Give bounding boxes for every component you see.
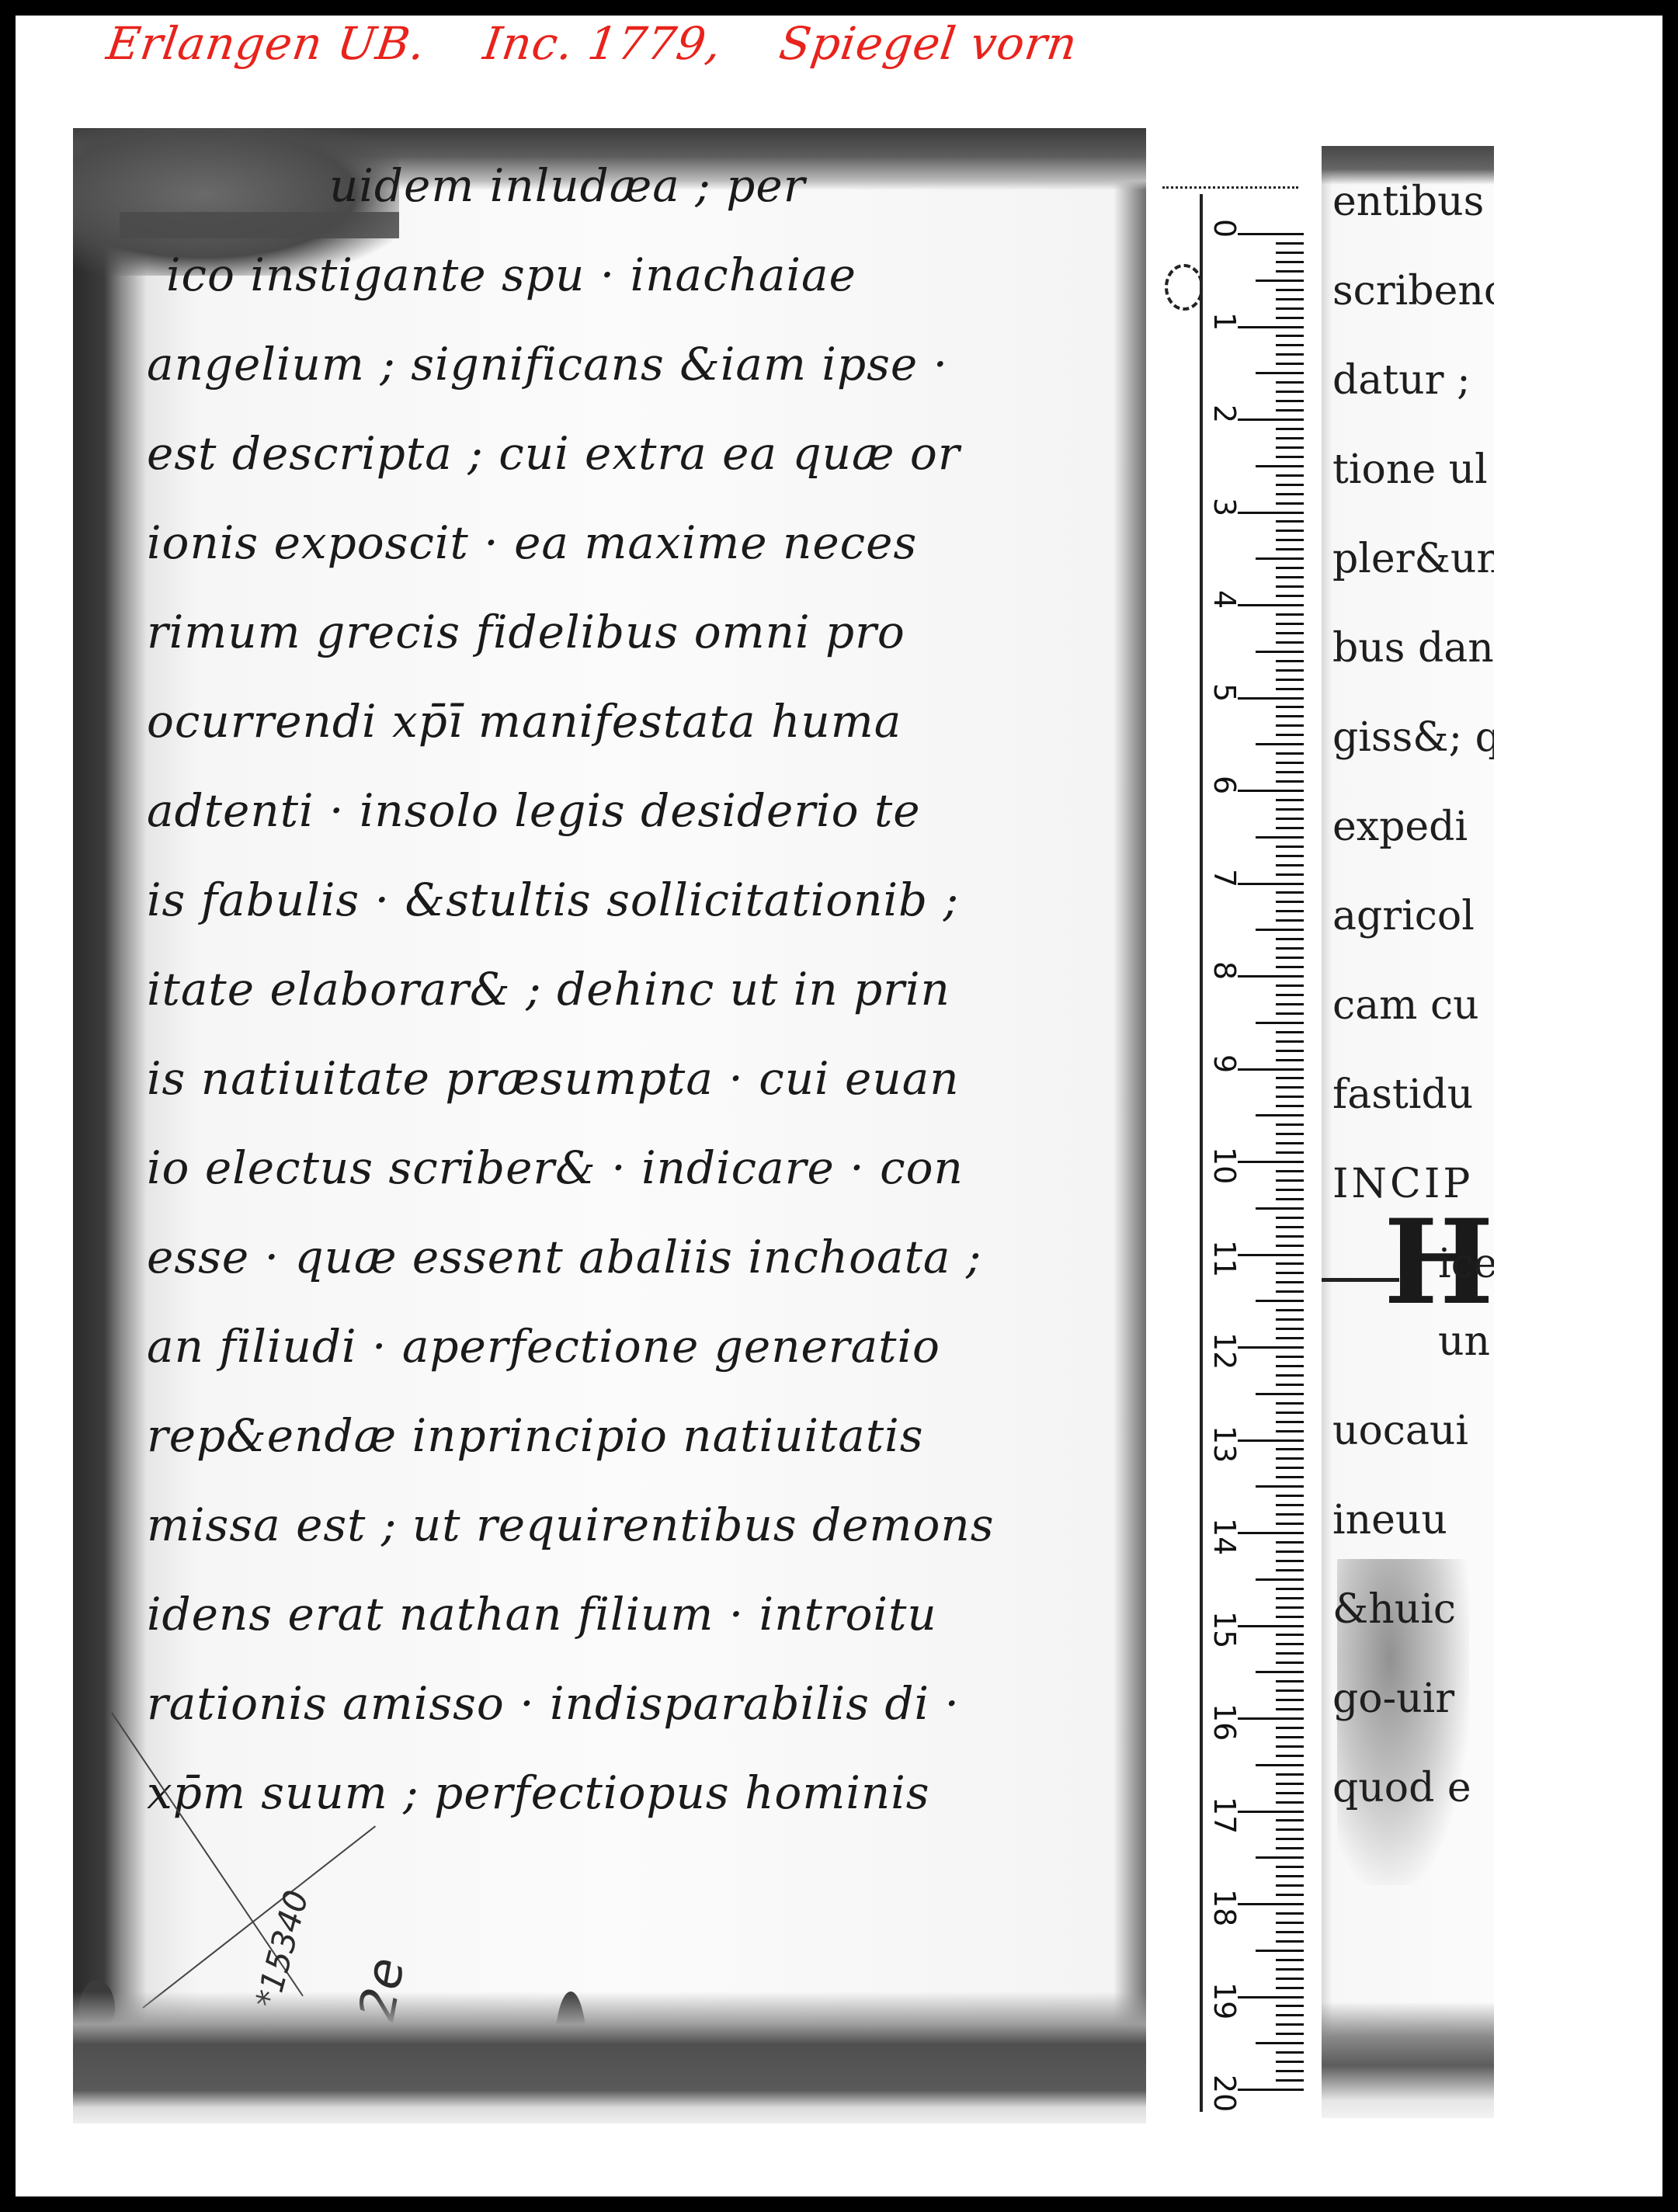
ruler-tick (1276, 1421, 1304, 1423)
ruler-tick (1276, 771, 1304, 773)
ruler-tick (1276, 1402, 1304, 1405)
fragment-line: uocaui (1332, 1408, 1468, 1454)
ruler-tick (1238, 512, 1304, 514)
ruler-tick (1276, 1597, 1304, 1599)
ruler-tick (1276, 1105, 1304, 1107)
fragment-line: pler&un (1332, 536, 1494, 582)
ruler-tick (1276, 1476, 1304, 1478)
ruler-tick (1276, 1689, 1304, 1692)
ruler-tick (1276, 1040, 1304, 1043)
ruler-tick (1276, 1550, 1304, 1553)
ruler-tick (1276, 1123, 1304, 1126)
ruler-tick (1276, 1959, 1304, 1961)
ruler-tick (1276, 1086, 1304, 1089)
ruler-label: 3 (1207, 498, 1242, 537)
ruler-label: 12 (1207, 1332, 1242, 1371)
ruler-tick (1276, 1309, 1304, 1311)
ruler-tick (1276, 1541, 1304, 1544)
ruler-tick (1276, 576, 1304, 578)
ruler-tick (1276, 1847, 1304, 1849)
ruler-tick (1256, 280, 1304, 282)
ruler-label: 5 (1207, 683, 1242, 722)
fragment-line: go-uir (1332, 1675, 1454, 1722)
ruler-label: 7 (1207, 869, 1242, 908)
ruler-tick (1276, 1133, 1304, 1135)
fragment-line: quod e (1332, 1765, 1471, 1811)
ruler-tick (1276, 994, 1304, 996)
ruler-tick (1276, 947, 1304, 950)
ruler-tick (1276, 446, 1304, 449)
ruler-tick (1276, 808, 1304, 811)
ruler-tick (1276, 456, 1304, 458)
ruler-tick (1256, 743, 1304, 745)
manuscript-line: uidem inludæa ; per (329, 159, 805, 212)
annotation-shelfmark: Inc. 1779, (480, 17, 724, 70)
ruler-tick (1276, 1226, 1304, 1228)
ruler-tick (1276, 2051, 1304, 2054)
ruler-tick (1276, 846, 1304, 848)
ruler-tick (1276, 1912, 1304, 1915)
ruler-tick (1238, 2089, 1304, 2091)
ruler-tick (1238, 790, 1304, 792)
ruler-tick (1276, 298, 1304, 300)
ruler-tick (1276, 1012, 1304, 1015)
ruler-tick (1276, 2023, 1304, 2026)
ruler-tick (1276, 1328, 1304, 1330)
ruler-tick (1256, 372, 1304, 374)
ruler-tick (1276, 1412, 1304, 1414)
ruler-tick (1276, 242, 1304, 245)
ruler-tick (1276, 502, 1304, 505)
ruler-tick (1276, 567, 1304, 569)
ruler-tick (1276, 400, 1304, 402)
ruler-tick (1276, 623, 1304, 625)
fragment-line: entibus (1332, 179, 1484, 225)
ruler-tick (1276, 1978, 1304, 1980)
ruler-tick (1238, 1717, 1304, 1720)
ruler-tick (1276, 780, 1304, 783)
ruler-tick (1276, 938, 1304, 940)
ruler-tick (1276, 1931, 1304, 1933)
ruler-tick (1256, 1856, 1304, 1859)
ruler-label: 1 (1207, 312, 1242, 351)
ruler-tick (1276, 1189, 1304, 1191)
ruler-tick (1276, 957, 1304, 959)
ruler-tick (1276, 799, 1304, 801)
ruler-tick (1276, 2079, 1304, 2082)
manuscript-line: est descripta ; cui extra ea quæ or (147, 427, 961, 480)
ruler-tick (1276, 289, 1304, 291)
ruler-tick (1256, 1671, 1304, 1673)
ruler-tick (1256, 651, 1304, 653)
fragment-line: agricol (1332, 893, 1475, 939)
ruler-tick (1276, 1894, 1304, 1896)
fragment-line: un (1438, 1318, 1490, 1365)
ruler-tick (1276, 1448, 1304, 1450)
ruler-tick (1276, 706, 1304, 708)
ruler-tick (1276, 1652, 1304, 1655)
ruler-label: 18 (1207, 1889, 1242, 1928)
ruler-tick (1238, 1996, 1304, 1998)
ruler-tick (1276, 891, 1304, 894)
ruler-tick (1276, 353, 1304, 356)
ruler-tick (1238, 1161, 1304, 1163)
ruler-tick (1276, 1272, 1304, 1274)
ruler-tick (1276, 1495, 1304, 1497)
ruler-tick (1276, 484, 1304, 486)
ruler-tick (1276, 1050, 1304, 1052)
ruler-tick (1276, 335, 1304, 337)
manuscript-line: rationis amisso · indisparabilis di · (147, 1677, 960, 1730)
ruler-tick (1276, 2005, 1304, 2007)
ruler-tick (1276, 1708, 1304, 1710)
ruler-tick (1276, 1179, 1304, 1182)
ruler-tick (1238, 1625, 1304, 1627)
manuscript-line: rimum grecis fidelibus omni pro (147, 606, 905, 658)
ruler-tick (1256, 1485, 1304, 1488)
ruler-tick (1276, 1523, 1304, 1525)
ruler-tick (1276, 539, 1304, 541)
ruler-tick (1276, 1866, 1304, 1868)
ruler-tick (1276, 261, 1304, 263)
ruler-tick (1256, 1114, 1304, 1116)
ruler-tick (1276, 1374, 1304, 1377)
ruler-tick (1238, 418, 1304, 421)
ruler-hole-marking (1165, 264, 1204, 311)
ruler-tick (1276, 1365, 1304, 1367)
ruler-tick (1276, 381, 1304, 384)
fragment-line: ice (1438, 1241, 1494, 1287)
ruler-tick (1276, 1467, 1304, 1469)
ruler-tick (1256, 557, 1304, 560)
ruler-tick (1238, 604, 1304, 606)
ruler-tick (1276, 474, 1304, 477)
ruler-label: 11 (1207, 1240, 1242, 1279)
ruler-tick (1238, 1811, 1304, 1813)
ruler-tick (1256, 1207, 1304, 1210)
ruler-tick (1276, 1616, 1304, 1618)
ruler-tick (1276, 1569, 1304, 1571)
ruler-tick (1276, 679, 1304, 681)
page-corner-strap (120, 212, 399, 238)
ruler-tick (1276, 1217, 1304, 1219)
ruler-tick (1238, 1254, 1304, 1256)
ruler-tick (1276, 1783, 1304, 1785)
ruler-tick (1276, 1262, 1304, 1265)
ruler-tick (1276, 344, 1304, 346)
ruler-label: 19 (1207, 1982, 1242, 2021)
manuscript-line: ico instigante spu · inachaiae (166, 248, 856, 301)
ruler-tick (1276, 307, 1304, 310)
ruler-tick (1276, 252, 1304, 254)
ruler-tick (1256, 1578, 1304, 1581)
ruler-tick (1276, 1680, 1304, 1682)
ruler-tick (1276, 818, 1304, 820)
ruler-tick (1276, 1606, 1304, 1609)
manuscript-line: missa est ; ut requirentibus demons (147, 1498, 995, 1551)
ruler-tick (1276, 1003, 1304, 1005)
ruler-tick (1276, 1987, 1304, 1989)
ruler-tick (1276, 270, 1304, 273)
ruler-tick (1238, 883, 1304, 885)
ruler-tick (1238, 233, 1304, 235)
ruler-tick (1276, 762, 1304, 764)
ruler-tick (1276, 1801, 1304, 1804)
ruler-tick (1276, 1745, 1304, 1748)
measuring-ruler: 01234567891011121314151617181920 (1200, 194, 1304, 2112)
ruler-tick (1276, 2033, 1304, 2035)
ruler-tick (1276, 669, 1304, 672)
ruler-tick (1276, 409, 1304, 411)
ruler-tick (1276, 827, 1304, 829)
ruler-tick (1238, 1346, 1304, 1349)
annotation-location: Spiegel vorn (776, 17, 1082, 70)
ruler-tick (1276, 1337, 1304, 1339)
ruler-tick (1276, 1318, 1304, 1321)
ruler-tick (1276, 641, 1304, 644)
fragment-line: cam cu (1332, 982, 1479, 1029)
ruler-tick (1276, 585, 1304, 588)
ruler-label: 20 (1207, 2075, 1242, 2113)
ruler-tick (1256, 1764, 1304, 1766)
fragment-line: scribenc (1332, 268, 1494, 314)
ruler-tick (1276, 1356, 1304, 1358)
ruler-tick (1276, 1968, 1304, 1971)
fragment-line: expedi (1332, 804, 1468, 850)
ruler-label: 14 (1207, 1518, 1242, 1557)
ruler-tick (1276, 493, 1304, 495)
ruler-tick (1276, 1059, 1304, 1061)
ruler-tick (1276, 901, 1304, 903)
ruler-tick (1276, 1170, 1304, 1172)
ruler-label: 13 (1207, 1425, 1242, 1464)
ruler-tick (1276, 688, 1304, 690)
ruler-tick (1276, 1151, 1304, 1154)
ruler-tick (1276, 437, 1304, 439)
ruler-tick (1256, 2042, 1304, 2044)
ruler-tick (1276, 984, 1304, 987)
ruler-tick (1276, 1643, 1304, 1645)
ruler-tick (1256, 929, 1304, 931)
ruler-tick (1238, 1439, 1304, 1442)
ruler-tick (1276, 1235, 1304, 1238)
ruler-tick (1238, 1903, 1304, 1905)
ruler-tick (1276, 1588, 1304, 1590)
ruler-tick (1276, 520, 1304, 523)
ruler-tick (1276, 1281, 1304, 1283)
fragment-line: fastidu (1332, 1071, 1473, 1118)
ruler-tick (1276, 734, 1304, 736)
ruler-tick (1276, 428, 1304, 430)
ruler-tick (1276, 391, 1304, 393)
manuscript-line: an filiudi · aperfectione generatio (147, 1320, 940, 1373)
ruler-tick (1276, 1384, 1304, 1386)
ruler-tick (1276, 1560, 1304, 1562)
ruler-tick (1256, 1950, 1304, 1952)
ruler-label: 6 (1207, 776, 1242, 814)
ruler-tick (1276, 1727, 1304, 1729)
ruler-tick (1276, 2061, 1304, 2063)
ruler-tick (1256, 1300, 1304, 1302)
ruler-tick (1276, 910, 1304, 912)
ruler-tick (1276, 864, 1304, 866)
manuscript-line: ocurrendi xp̄ī manifestata huma (147, 695, 902, 748)
ruler-tick (1276, 530, 1304, 532)
ruler-tick (1276, 919, 1304, 922)
initial-crossbar (1322, 1278, 1399, 1282)
fragment-line: tione ul (1332, 446, 1488, 493)
ruler-label: 9 (1207, 1054, 1242, 1093)
manuscript-page-right-fragment: entibus scribenc datur ; tione ul pler&u… (1322, 146, 1494, 2118)
manuscript-line: adtenti · insolo legis desiderio te (147, 784, 921, 837)
ruler-tick (1276, 855, 1304, 857)
ruler-tick (1276, 752, 1304, 755)
ruler-tick (1276, 873, 1304, 876)
ruler-tick (1276, 363, 1304, 365)
manuscript-page-left: uidem inludæa ; per ico instigante spu ·… (73, 128, 1146, 2123)
ruler-tick (1276, 1792, 1304, 1794)
ruler-tick (1256, 1022, 1304, 1024)
ruler-tick (1276, 548, 1304, 550)
ruler-tick (1238, 697, 1304, 700)
handwritten-red-annotation: Erlangen UB. Inc. 1779, Spiegel vorn (103, 17, 1124, 70)
ruler-label: 4 (1207, 590, 1242, 629)
ruler-tick (1276, 1736, 1304, 1738)
ruler-tick (1276, 2070, 1304, 2072)
ruler-label: 2 (1207, 405, 1242, 443)
ruler-tick (1276, 613, 1304, 616)
ruler-top-edge (1162, 186, 1298, 193)
fragment-line: giss&; q (1332, 714, 1494, 761)
fragment-line: ineuu (1332, 1497, 1447, 1544)
ruler-tick (1256, 465, 1304, 467)
ruler-tick (1276, 595, 1304, 597)
ruler-tick (1276, 1142, 1304, 1144)
ruler-tick (1276, 1755, 1304, 1757)
fragment-line: datur ; (1332, 357, 1471, 404)
ruler-tick (1256, 1393, 1304, 1395)
ruler-tick (1276, 1504, 1304, 1506)
ruler-tick (1238, 1068, 1304, 1071)
manuscript-line: is natiuitate præsumpta · cui euan (147, 1052, 960, 1105)
ruler-label: 16 (1207, 1703, 1242, 1742)
manuscript-line: angelium ; significans &iam ipse · (147, 338, 948, 391)
ruler-tick (1276, 1430, 1304, 1432)
ruler-tick (1276, 2014, 1304, 2016)
fragment-line: bus dan (1332, 625, 1494, 672)
ruler-tick (1276, 1198, 1304, 1200)
manuscript-line: idens erat nathan filium · introitu (147, 1588, 937, 1641)
ruler-tick (1276, 1096, 1304, 1098)
ruler-tick (1276, 1031, 1304, 1033)
ruler-tick (1276, 660, 1304, 662)
ruler-tick (1276, 1838, 1304, 1840)
manuscript-line: esse · quæ essent abaliis inchoata ; (147, 1231, 981, 1283)
ruler-tick (1276, 1699, 1304, 1701)
ruler-tick (1238, 326, 1304, 328)
ruler-label: 0 (1207, 219, 1242, 258)
annotation-library: Erlangen UB. (103, 17, 429, 70)
ruler-label: 17 (1207, 1797, 1242, 1835)
manuscript-line: ionis exposcit · ea maxime neces (147, 516, 917, 569)
ruler-tick (1276, 1773, 1304, 1776)
ruler-tick (1276, 1245, 1304, 1247)
ruler-tick (1276, 1940, 1304, 1943)
ruler-tick (1276, 724, 1304, 727)
ruler-tick (1238, 1532, 1304, 1534)
ruler-tick (1276, 632, 1304, 634)
page-bottom-edge (73, 1991, 1146, 2123)
ruler-tick (1276, 1634, 1304, 1636)
ruler-label: 10 (1207, 1147, 1242, 1186)
ruler-tick (1276, 1513, 1304, 1516)
manuscript-line: xp̄m suum ; perfectiopus hominis (147, 1766, 930, 1819)
ruler-tick (1276, 317, 1304, 319)
ruler-tick (1276, 966, 1304, 968)
ruler-tick (1256, 836, 1304, 839)
ruler-tick (1276, 1290, 1304, 1293)
ruler-tick (1276, 1662, 1304, 1664)
ruler-tick (1276, 1922, 1304, 1924)
manuscript-line: rep&endæ inprincipio natiuitatis (147, 1409, 924, 1462)
manuscript-line: is fabulis · &stultis sollicitationib ; (147, 873, 959, 926)
ruler-label: 15 (1207, 1611, 1242, 1650)
ruler-tick (1238, 975, 1304, 978)
ruler-tick (1276, 1819, 1304, 1821)
fragment-line: &huic (1332, 1586, 1456, 1633)
ruler-tick (1276, 1884, 1304, 1887)
ruler-tick (1276, 1875, 1304, 1877)
ruler-tick (1276, 715, 1304, 717)
ruler-tick (1276, 1828, 1304, 1831)
ruler-tick (1276, 1457, 1304, 1460)
ruler-tick (1276, 1077, 1304, 1079)
fragment-bottom-edge (1322, 2002, 1494, 2118)
ruler-label: 8 (1207, 961, 1242, 1000)
manuscript-line: itate elaborar& ; dehinc ut in prin (147, 963, 950, 1016)
manuscript-line: io electus scriber& · indicare · con (147, 1141, 964, 1194)
